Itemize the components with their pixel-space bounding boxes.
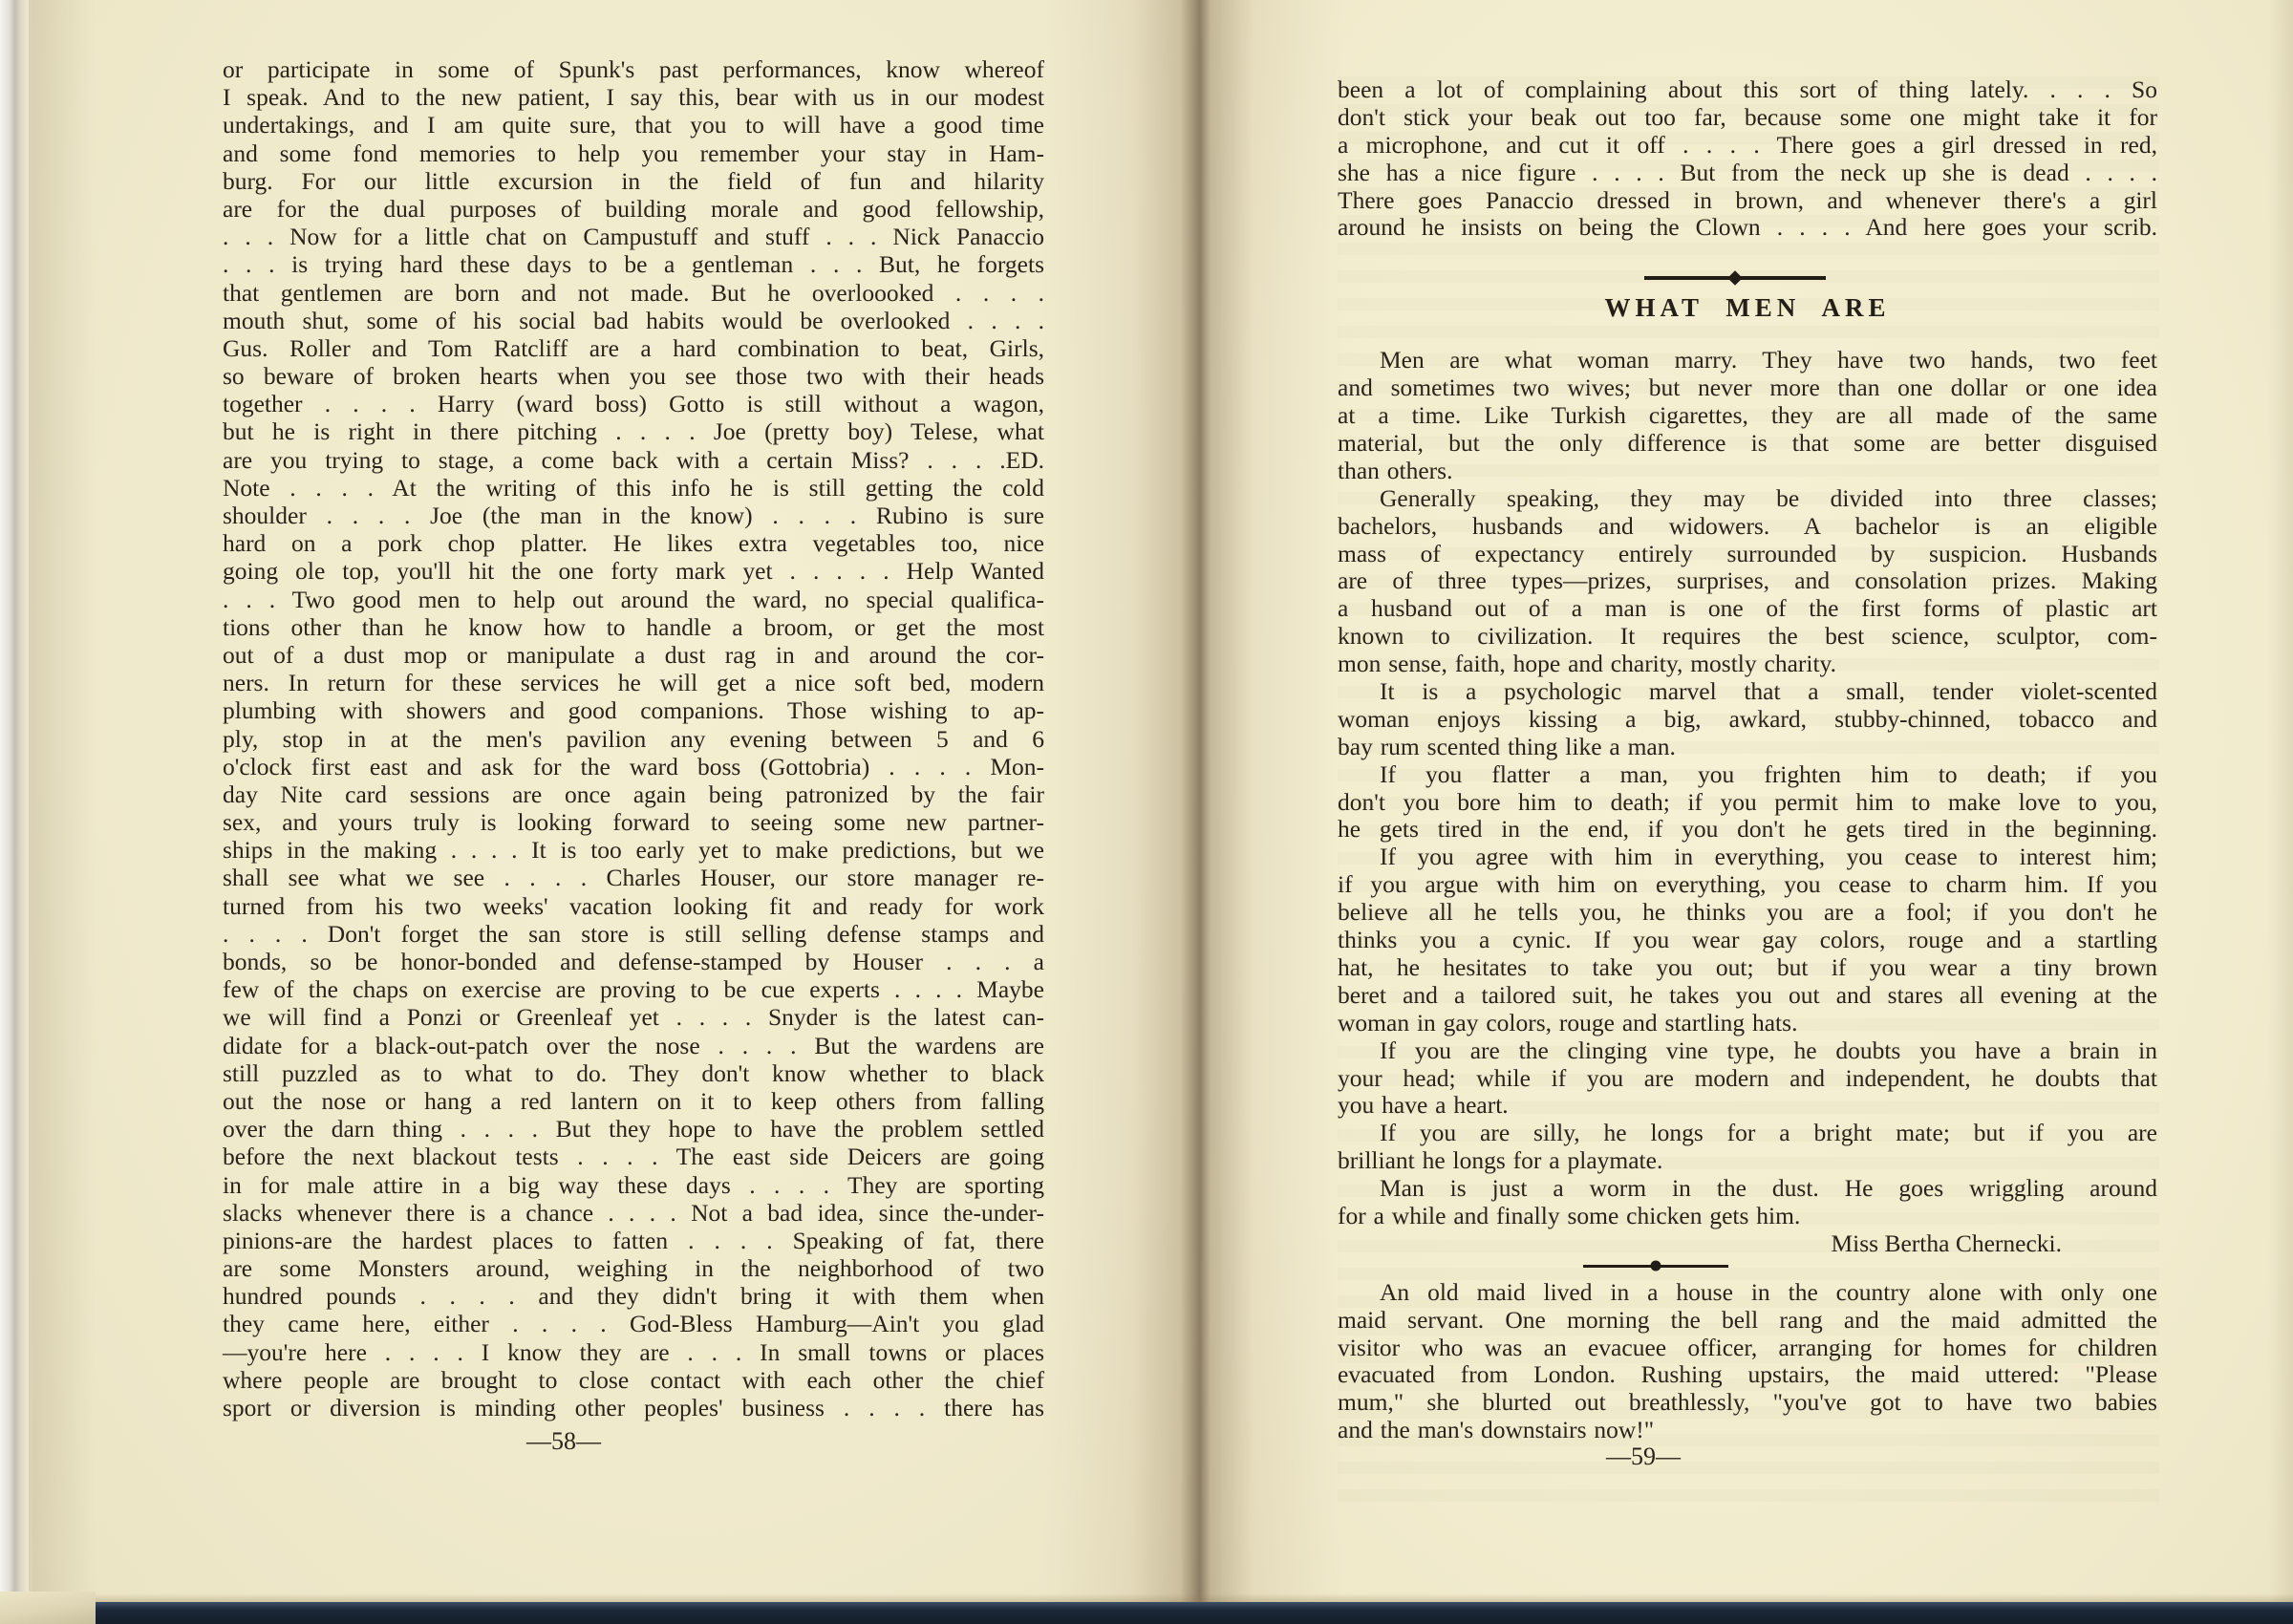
text-line: tions other than he know how to handle a… [223, 613, 1044, 641]
text-line: out the nose or hang a red lantern on it… [223, 1087, 1044, 1115]
text-line: hundred pounds . . . . and they didn't b… [223, 1282, 1044, 1310]
text-line: didate for a black-out-patch over the no… [223, 1032, 1044, 1059]
text-line: don't you bore him to death; if you perm… [1338, 789, 2157, 817]
left-page-edge-shadow [29, 0, 96, 1624]
text-line: ships in the making . . . . It is too ea… [223, 836, 1044, 864]
text-line: so beware of broken hearts when you see … [223, 362, 1044, 390]
text-line: around he insists on being the Clown . .… [1338, 214, 2157, 242]
text-line: bachelors, husbands and widowers. A bach… [1338, 513, 2157, 541]
paragraph: If you agree with him in everything, you… [1338, 844, 2157, 1036]
paragraph: Man is just a worm in the dust. He goes … [1338, 1175, 2157, 1230]
text-line: still puzzled as to what to do. They don… [223, 1059, 1044, 1087]
text-line: day Nite card sessions are once again be… [223, 780, 1044, 808]
text-line: sex, and yours truly is looking forward … [223, 808, 1044, 836]
scanner-bottom-bar [92, 1602, 2293, 1624]
text-line: If you are silly, he longs for a bright … [1338, 1120, 2157, 1147]
paragraph: It is a psychologic marvel that a small,… [1338, 678, 2157, 761]
text-line: he gets tired in the end, if you don't h… [1338, 816, 2157, 844]
attribution: Miss Bertha Chernecki. [1338, 1230, 2157, 1258]
text-line: and sometimes two wives; but never more … [1338, 374, 2157, 402]
text-line: . . . . Don't forget the san store is st… [223, 920, 1044, 948]
text-line: and some fond memories to help you remem… [223, 139, 1044, 167]
text-line: plumbing with showers and good companion… [223, 696, 1044, 724]
text-line: your head; while if you are modern and i… [1338, 1065, 2157, 1093]
text-line: shoulder . . . . Joe (the man in the kno… [223, 502, 1044, 529]
page-corner-curl [0, 1592, 96, 1624]
text-line: visitor who was an evacuee officer, arra… [1338, 1335, 2157, 1362]
text-line: are of three types—prizes, surprises, an… [1338, 567, 2157, 595]
text-line: Note . . . . At the writing of this info… [223, 474, 1044, 502]
text-line: are for the dual purposes of building mo… [223, 195, 1044, 223]
paragraph: Generally speaking, they may be divided … [1338, 485, 2157, 678]
text-line: for a while and finally some chicken get… [1338, 1203, 2157, 1230]
text-line: o'clock first east and ask for the ward … [223, 753, 1044, 780]
text-line: woman in gay colors, rouge and startling… [1338, 1010, 2157, 1037]
text-line: she has a nice figure . . . . But from t… [1338, 160, 2157, 187]
text-line: . . . Two good men to help out around th… [223, 586, 1044, 613]
text-line: ply, stop in at the men's pavilion any e… [223, 725, 1044, 753]
text-line: evacuated from London. Rushing upstairs,… [1338, 1361, 2157, 1389]
paragraph: An old maid lived in a house in the coun… [1338, 1279, 2157, 1444]
text-line: if you argue with him on everything, you… [1338, 871, 2157, 899]
text-line: out of a dust mop or manipulate a dust r… [223, 641, 1044, 669]
text-line: slacks whenever there is a chance . . . … [223, 1199, 1044, 1227]
text-line: believe all he tells you, he thinks you … [1338, 899, 2157, 927]
right-text-column: been a lot of complaining about this sor… [1338, 76, 2157, 1444]
text-line: are you trying to stage, a come back wit… [223, 446, 1044, 474]
text-line: over the darn thing . . . . But they hop… [223, 1115, 1044, 1143]
text-line: hard on a pork chop platter. He likes ex… [223, 529, 1044, 557]
left-text-column: or participate in some of Spunk's past p… [223, 55, 1044, 1421]
text-line: going ole top, you'll hit the one forty … [223, 557, 1044, 585]
text-line: been a lot of complaining about this sor… [1338, 76, 2157, 104]
text-line: you have a heart. [1338, 1092, 2157, 1120]
text-line: Generally speaking, they may be divided … [1338, 485, 2157, 513]
section-heading: WHAT MEN ARE [1338, 293, 2157, 322]
text-line: An old maid lived in a house in the coun… [1338, 1279, 2157, 1307]
paragraph: or participate in some of Spunk's past p… [223, 55, 1044, 1421]
text-line: mon sense, faith, hope and charity, most… [1338, 651, 2157, 678]
text-line: but he is right in there pitching . . . … [223, 417, 1044, 445]
text-line: brilliant he longs for a playmate. [1338, 1147, 2157, 1175]
text-line: known to civilization. It requires the b… [1338, 623, 2157, 651]
text-line: Men are what woman marry. They have two … [1338, 347, 2157, 374]
text-line: that gentlemen are born and not made. Bu… [223, 279, 1044, 307]
text-line: thinks you a cynic. If you wear gay colo… [1338, 927, 2157, 954]
paragraph: If you flatter a man, you frighten him t… [1338, 761, 2157, 844]
text-line: don't stick your beak out too far, becau… [1338, 104, 2157, 132]
text-line: bonds, so be honor-bonded and defense-st… [223, 948, 1044, 975]
text-line: than others. [1338, 458, 2157, 485]
text-line: ners. In return for these services he wi… [223, 669, 1044, 696]
text-line: shall see what we see . . . . Charles Ho… [223, 864, 1044, 891]
text-line: or participate in some of Spunk's past p… [223, 55, 1044, 83]
text-line: beret and a tailored suit, he takes you … [1338, 982, 2157, 1010]
text-line: If you agree with him in everything, you… [1338, 844, 2157, 871]
text-line: burg. For our little excursion in the fi… [223, 167, 1044, 195]
text-line: before the next blackout tests . . . . T… [223, 1143, 1044, 1170]
page-number-left: —58— [435, 1427, 693, 1456]
text-line: Man is just a worm in the dust. He goes … [1338, 1175, 2157, 1203]
text-line: undertakings, and I am quite sure, that … [223, 111, 1044, 139]
text-line: we will find a Ponzi or Greenleaf yet . … [223, 1003, 1044, 1031]
right-page-edge-shadow [2268, 0, 2293, 1624]
paragraph: If you are silly, he longs for a bright … [1338, 1120, 2157, 1175]
text-line: few of the chaps on exercise are proving… [223, 975, 1044, 1003]
text-line: Gus. Roller and Tom Ratcliff are a hard … [223, 334, 1044, 362]
section-divider-diamond [1644, 276, 1826, 280]
section-divider-dot [1583, 1265, 1728, 1268]
text-line: maid servant. One morning the bell rang … [1338, 1307, 2157, 1335]
text-line: sport or diversion is minding other peop… [223, 1394, 1044, 1421]
text-line: turned from his two weeks' vacation look… [223, 892, 1044, 920]
text-line: material, but the only difference is tha… [1338, 430, 2157, 458]
text-line: in for male attire in a big way these da… [223, 1171, 1044, 1199]
book-gutter-shadow [1041, 0, 1343, 1624]
text-line: —you're here . . . . I know they are . .… [223, 1338, 1044, 1366]
text-line: where people are brought to close contac… [223, 1366, 1044, 1394]
text-line: a husband out of a man is one of the fir… [1338, 595, 2157, 623]
text-line: at a time. Like Turkish cigarettes, they… [1338, 402, 2157, 430]
text-line: bay rum scented thing like a man. [1338, 734, 2157, 761]
paragraph: Men are what woman marry. They have two … [1338, 347, 2157, 484]
text-line: together . . . . Harry (ward boss) Gotto… [223, 390, 1044, 417]
text-line: If you are the clinging vine type, he do… [1338, 1037, 2157, 1065]
scan-edge-left [0, 0, 32, 1624]
text-line: mass of expectancy entirely surrounded b… [1338, 541, 2157, 568]
text-line: woman enjoys kissing a big, awkard, stub… [1338, 706, 2157, 734]
paragraph: If you are the clinging vine type, he do… [1338, 1037, 2157, 1121]
text-line: . . . Now for a little chat on Campustuf… [223, 223, 1044, 250]
text-line: I speak. And to the new patient, I say t… [223, 83, 1044, 111]
text-line: hat, he hesitates to take you out; but i… [1338, 954, 2157, 982]
text-line: . . . is trying hard these days to be a … [223, 250, 1044, 278]
text-line: are some Monsters around, weighing in th… [223, 1254, 1044, 1282]
text-line: a microphone, and cut it off . . . . The… [1338, 132, 2157, 160]
text-line: mouth shut, some of his social bad habit… [223, 307, 1044, 334]
text-line: mum," she blurted out breathlessly, "you… [1338, 1389, 2157, 1417]
text-line: and the man's downstairs now!" [1338, 1417, 2157, 1444]
text-line: pinions-are the hardest places to fatten… [223, 1227, 1044, 1254]
text-line: There goes Panaccio dressed in brown, an… [1338, 187, 2157, 215]
page-number-right: —59— [1524, 1442, 1763, 1471]
text-line: It is a psychologic marvel that a small,… [1338, 678, 2157, 706]
paragraph: been a lot of complaining about this sor… [1338, 76, 2157, 242]
text-line: If you flatter a man, you frighten him t… [1338, 761, 2157, 789]
text-line: they came here, either . . . . God-Bless… [223, 1310, 1044, 1337]
